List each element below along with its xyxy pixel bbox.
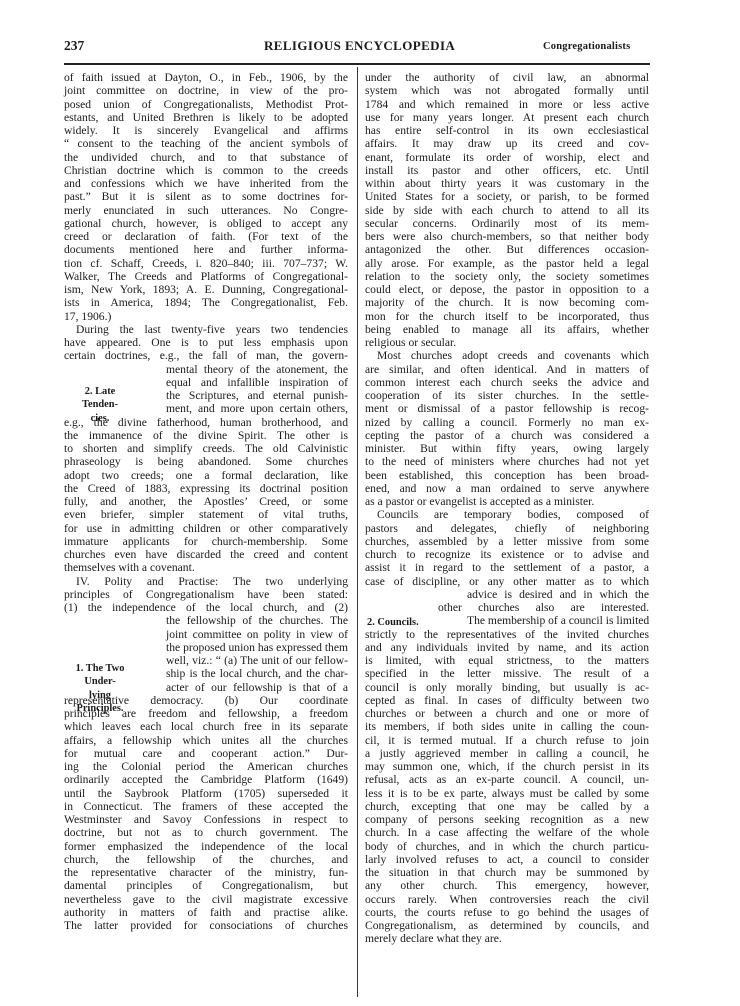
text-line: common interest each church seeks the ad… xyxy=(365,376,649,389)
text-line: strictly to the representatives of the i… xyxy=(365,628,649,641)
text-line: ment or dismissal of a pastor fellowship… xyxy=(365,402,649,415)
text-line: themselves with a covenant. xyxy=(64,561,348,574)
text-line: bers were also church-members, so that n… xyxy=(365,230,649,243)
text-line: churches, assembled by a letter missive … xyxy=(365,535,649,548)
text-line: courts, the courts refuse to go behind t… xyxy=(365,906,649,919)
text-line: principles of Congregationalism have bee… xyxy=(64,588,348,601)
text-line: principles are freedom and fellowship, a… xyxy=(64,707,348,720)
text-line: Councils are temporary bodies, composed … xyxy=(365,508,649,521)
text-line: system which was not abrogated formally … xyxy=(365,84,649,97)
text-line: Walker, The Creeds and Platforms of Cong… xyxy=(64,270,348,283)
text-line: has entire self-control in its own eccle… xyxy=(365,124,649,137)
text-line: and any individuals invited by name, and… xyxy=(365,641,649,654)
text-line: the Scriptures, and eternal punish- xyxy=(64,389,348,402)
text-line: posed union of Congregationalists, Metho… xyxy=(64,98,348,111)
text-line: widely. It is sincerely Evangelical and … xyxy=(64,124,348,137)
section-heading-line: IV. Polity and Practise: The two underly… xyxy=(64,575,348,588)
text-line: enant, formulate its order of worship, e… xyxy=(365,151,649,164)
text-line: could elect, or depose, the pastor in op… xyxy=(365,283,649,296)
column-divider xyxy=(357,67,358,997)
text-line: ordinarily accepted the Cambridge Platfo… xyxy=(64,773,348,786)
text-line: (1) the independence of the local church… xyxy=(64,601,348,614)
text-line: past.” But it is silent as to some doctr… xyxy=(64,190,348,203)
text-line: and confessions which we have inherited … xyxy=(64,177,348,190)
text-line: the immanence of the divine Spirit. The … xyxy=(64,429,348,442)
text-line: its members, if both sides unite in call… xyxy=(365,720,649,733)
text-line: specified in the letter missive. The res… xyxy=(365,667,649,680)
text-line: within about thirty years it was customa… xyxy=(365,177,649,190)
text-line: church to recognize its existence or to … xyxy=(365,548,649,561)
text-line: is limited, with equal strictness, to th… xyxy=(365,654,649,667)
text-line: joint committee on doctrine, in view of … xyxy=(64,84,348,97)
text-line: council is only morally binding, but usu… xyxy=(365,681,649,694)
text-line: tion cf. Schaff, Creeds, i. 820–840; iii… xyxy=(64,257,348,270)
encyclopedia-page: 237 RELIGIOUS ENCYCLOPEDIA Congregationa… xyxy=(0,0,740,1006)
text-line: Congregationalism, as determined by coun… xyxy=(365,919,649,932)
text-line: for mutual care and cooperant action.” D… xyxy=(64,747,348,760)
text-line: ally arose. For example, as the pastor h… xyxy=(365,257,649,270)
text-line: been established, this conception has be… xyxy=(365,469,649,482)
text-line: until the Saybrook Platform (1705) super… xyxy=(64,787,348,800)
text-line: cepting the pastor of a church was consi… xyxy=(365,429,649,442)
text-line: as a pastor or evangelist is accepted as… xyxy=(365,495,649,508)
text-line: The latter provided for consociations of… xyxy=(64,919,348,932)
text-line: refusal, acts as an ex-parte council. A … xyxy=(365,773,649,786)
text-line: affairs. It may draw up its creed and co… xyxy=(365,137,649,150)
text-line: which leaves each local church free in i… xyxy=(64,720,348,733)
text-line: side by side with each church to attend … xyxy=(365,204,649,217)
text-line: cooperation of its sister churches. In t… xyxy=(365,389,649,402)
running-title: RELIGIOUS ENCYCLOPEDIA xyxy=(264,38,455,54)
text-line: merly enunciated in such utterances. No … xyxy=(64,204,348,217)
text-line: estants, and United Brethren is likely t… xyxy=(64,111,348,124)
text-line: install its pastor and other officers, e… xyxy=(365,164,649,177)
text-line: equal and infallible inspiration of xyxy=(64,376,348,389)
text-line: the fellowship of the churches. The xyxy=(64,614,348,627)
header-rule xyxy=(64,63,650,65)
text-line: secular concerns. Ordinarily most of its… xyxy=(365,217,649,230)
text-line: ism, New York, 1893; A. E. Dunning, Cong… xyxy=(64,283,348,296)
text-line: the undivided church, and to that substa… xyxy=(64,151,348,164)
text-line: under the authority of civil law, an abn… xyxy=(365,71,649,84)
text-line: 1784 and which remained in more or less … xyxy=(365,98,649,111)
text-line: phraseology is being abandoned. Some chu… xyxy=(64,455,348,468)
text-line: adopt two creeds; one a formal declarati… xyxy=(64,469,348,482)
text-line: to shorten and simplify creeds. The old … xyxy=(64,442,348,455)
text-line: mon for the church itself to be incorpor… xyxy=(365,310,649,323)
text-line: assist it in regard to the settlement of… xyxy=(365,561,649,574)
text-line: documents mentioned here and further inf… xyxy=(64,243,348,256)
text-line: the proposed union has expressed them xyxy=(64,641,348,654)
text-line: being enabled to manage all its affairs,… xyxy=(365,323,649,336)
text-line: Most churches adopt creeds and covenants… xyxy=(365,349,649,362)
text-line: larly involved refuses to act, a council… xyxy=(365,853,649,866)
text-line: cepted as final. In cases of difficulty … xyxy=(365,694,649,707)
text-line: majority of the church. It is now becomi… xyxy=(365,296,649,309)
text-line: in Connecticut. The framers of these acc… xyxy=(64,800,348,813)
text-line: 17, 1906.) xyxy=(64,310,348,323)
text-line: immature applicants for church-membershi… xyxy=(64,535,348,548)
text-line: even briefer, simpler statement of vital… xyxy=(64,508,348,521)
text-line: e.g., the divine fatherhood, human broth… xyxy=(64,416,348,429)
text-line: ment, and more upon certain others, xyxy=(64,402,348,415)
text-line: During the last twenty-five years two te… xyxy=(64,323,348,336)
text-line: The membership of a council is limited xyxy=(365,614,649,627)
text-line: church, excepting that one may be called… xyxy=(365,800,649,813)
text-line: former emphasized the independence of th… xyxy=(64,840,348,853)
text-line: Christian doctrine which is common to th… xyxy=(64,164,348,177)
text-line: ists in America, 1894; The Congregationa… xyxy=(64,296,348,309)
text-line: use for many years longer. At present ea… xyxy=(365,111,649,124)
right-column: under the authority of civil law, an abn… xyxy=(365,71,649,946)
text-line: churches even have discarded the creed a… xyxy=(64,548,348,561)
text-line: affairs, a fellowship which unites all t… xyxy=(64,734,348,747)
text-line: body of churches, and in which the churc… xyxy=(365,840,649,853)
text-line: well, viz.: “ (a) The unit of our fellow… xyxy=(64,654,348,667)
text-line: joint committee on polity in view of xyxy=(64,628,348,641)
text-line: to the need of ministers where churches … xyxy=(365,455,649,468)
text-line: merely declare what they are. xyxy=(365,932,649,945)
text-line: are similar, and often identical. And in… xyxy=(365,363,649,376)
text-line: religious or secular. xyxy=(365,336,649,349)
left-column: of faith issued at Dayton, O., in Feb., … xyxy=(64,71,348,932)
text-line: acter of our fellowship is that of a xyxy=(64,681,348,694)
text-line: creed or declaration of faith. (For text… xyxy=(64,230,348,243)
text-line: pastors and delegates, chiefly of neighb… xyxy=(365,522,649,535)
text-line: have appeared. One is to put less emphas… xyxy=(64,336,348,349)
text-line: for use in admitting children or other c… xyxy=(64,522,348,535)
text-line: other churches also are interested. xyxy=(365,601,649,614)
text-line: church. In a case affecting the welfare … xyxy=(365,826,649,839)
text-line: nevertheless gave to the civil magistrat… xyxy=(64,893,348,906)
text-line: doctrine, but not as to church governmen… xyxy=(64,826,348,839)
section-title: Congregationalists xyxy=(543,41,630,52)
text-line: representative democracy. (b) Our coordi… xyxy=(64,694,348,707)
text-line: a justly aggrieved member in calling a c… xyxy=(365,747,649,760)
text-line: the representative character of the mini… xyxy=(64,866,348,879)
text-line: antagonized the other. But differences o… xyxy=(365,243,649,256)
text-line: relation to the society only, the societ… xyxy=(365,270,649,283)
text-line: fully, and another, the Apostles’ Creed,… xyxy=(64,495,348,508)
text-line: any other church. This emergency, howeve… xyxy=(365,879,649,892)
text-line: mental theory of the atonement, the xyxy=(64,363,348,376)
page-number: 237 xyxy=(64,38,84,54)
text-line: company of persons seeking recognition a… xyxy=(365,813,649,826)
text-line: Westminster and Savoy Confessions in res… xyxy=(64,813,348,826)
text-line: United States for a society, or parish, … xyxy=(365,190,649,203)
text-line: ship is the local church, and the char- xyxy=(64,667,348,680)
text-line: “ consent to the teaching of the ancient… xyxy=(64,137,348,150)
text-line: less it is to be ex parte, always must b… xyxy=(365,787,649,800)
text-line: cil, it is termed mutual. If a church re… xyxy=(365,734,649,747)
text-line: certain doctrines, e.g., the fall of man… xyxy=(64,349,348,362)
text-line: advice is desired and in which the xyxy=(365,588,649,601)
text-line: of faith issued at Dayton, O., in Feb., … xyxy=(64,71,348,84)
text-line: ing the Colonial period the American chu… xyxy=(64,760,348,773)
text-line: damental principles of Congregationalism… xyxy=(64,879,348,892)
text-line: gational church, however, is obliged to … xyxy=(64,217,348,230)
text-line: occurs rarely. When controversies reach … xyxy=(365,893,649,906)
text-line: churches or between a church and one or … xyxy=(365,707,649,720)
text-line: may summon one, which, if the church per… xyxy=(365,760,649,773)
text-line: church, the fellowship of the churches, … xyxy=(64,853,348,866)
text-line: the Creed of 1883, expressing its doctri… xyxy=(64,482,348,495)
text-line: authority in matters of faith and practi… xyxy=(64,906,348,919)
text-line: minister. But within fifty years, owing … xyxy=(365,442,649,455)
text-line: the situation in that church may be summ… xyxy=(365,866,649,879)
text-line: case of discipline, or any other matter … xyxy=(365,575,649,588)
text-line: ened, and now a man ordained to serve an… xyxy=(365,482,649,495)
text-line: nized by calling a council. Formerly no … xyxy=(365,416,649,429)
